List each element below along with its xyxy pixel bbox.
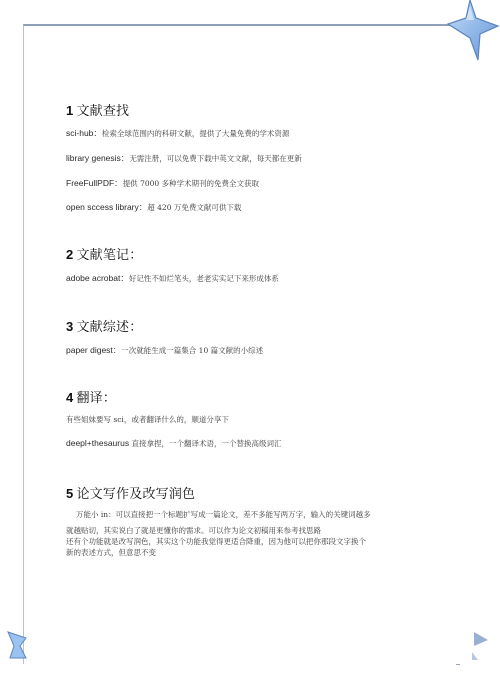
item-key: open sccess library： xyxy=(66,202,147,212)
list-item: 有些姐妹要写 sci，或者翻译什么的，顺道分享下 xyxy=(66,414,229,425)
list-item: FreeFullPDF：提供 7000 多种学术期刊的免费全文获取 xyxy=(66,177,259,189)
item-text: 检索全球范围内的科研文献，提供了大量免费的学术资源 xyxy=(102,129,290,138)
section-heading-2: 2文献笔记： xyxy=(66,244,142,263)
item-text: 提供 7000 多种学术期刊的免费全文获取 xyxy=(123,179,259,188)
item-key: adobe acrobat： xyxy=(66,273,129,283)
list-item: sci-hub：检索全球范围内的科研文献，提供了大量免费的学术资源 xyxy=(66,127,289,139)
section-heading-1: 1文献查找 xyxy=(66,100,129,119)
section-number: 1 xyxy=(66,103,73,118)
item-text: 超 420 万免费文献可供下载 xyxy=(147,203,241,212)
section-number: 4 xyxy=(66,390,73,405)
star-icon xyxy=(470,630,500,664)
section-title: 文献笔记： xyxy=(76,248,142,263)
item-text: 有些姐妹要写 sci，或者翻译什么的，顺道分享下 xyxy=(66,415,229,424)
section-heading-5: 5论文写作及改写润色 xyxy=(66,483,195,502)
section-paragraph: 万能小 in：可以直接把一个标题扩写成一篇论文，差不多能写两万字，输入的关键词越… xyxy=(66,509,466,558)
list-item: deepl+thesaurus 直接拿捏，一个翻译术语，一个替换高级词汇 xyxy=(66,438,281,449)
section-heading-4: 4翻译： xyxy=(66,387,116,406)
paragraph-line: 就越贴切，其实说白了就是更懂你的需求。可以作为论文初稿用来参考找思路 xyxy=(66,525,466,536)
list-item: paper digest：一次就能生成一篇集合 10 篇文献的小综述 xyxy=(66,344,263,356)
section-title: 翻译： xyxy=(76,391,116,406)
item-key: FreeFullPDF： xyxy=(66,178,123,188)
section-title: 论文写作及改写润色 xyxy=(76,487,195,502)
item-key: library genesis： xyxy=(66,153,129,163)
item-text: 一次就能生成一篇集合 10 篇文献的小综述 xyxy=(121,346,263,355)
star-icon xyxy=(440,0,500,64)
page-number-mark xyxy=(456,664,460,665)
item-text: 好记性不如烂笔头，老老实实记下来形成体系 xyxy=(129,274,279,283)
section-title: 文献查找 xyxy=(76,104,129,119)
section-heading-3: 3文献综述： xyxy=(66,316,142,335)
item-key: sci-hub： xyxy=(66,128,102,138)
paragraph-line: 还有个功能就是改写润色，其实这个功能我觉得更适合降重，因为他可以把你那段文字换个 xyxy=(66,536,466,547)
list-item: library genesis：无需注册，可以免费下载中英文文献，每天都在更新 xyxy=(66,152,302,164)
item-text: 直接拿捏，一个翻译术语，一个替换高级词汇 xyxy=(131,439,281,448)
section-title: 文献综述： xyxy=(76,320,142,335)
paragraph-line: 万能小 in：可以直接把一个标题扩写成一篇论文，差不多能写两万字，输入的关键词越… xyxy=(66,509,466,520)
list-item: open sccess library：超 420 万免费文献可供下载 xyxy=(66,201,241,213)
section-number: 3 xyxy=(66,319,73,334)
item-key: deepl+thesaurus xyxy=(66,438,131,448)
item-key: paper digest： xyxy=(66,345,121,355)
paragraph-line: 新的表述方式，但意思不变 xyxy=(66,547,466,558)
section-number: 2 xyxy=(66,247,73,262)
item-text: 无需注册，可以免费下载中英文文献，每天都在更新 xyxy=(129,154,302,163)
section-number: 5 xyxy=(66,486,73,501)
star-icon xyxy=(4,628,28,662)
list-item: adobe acrobat：好记性不如烂笔头，老老实实记下来形成体系 xyxy=(66,272,279,284)
